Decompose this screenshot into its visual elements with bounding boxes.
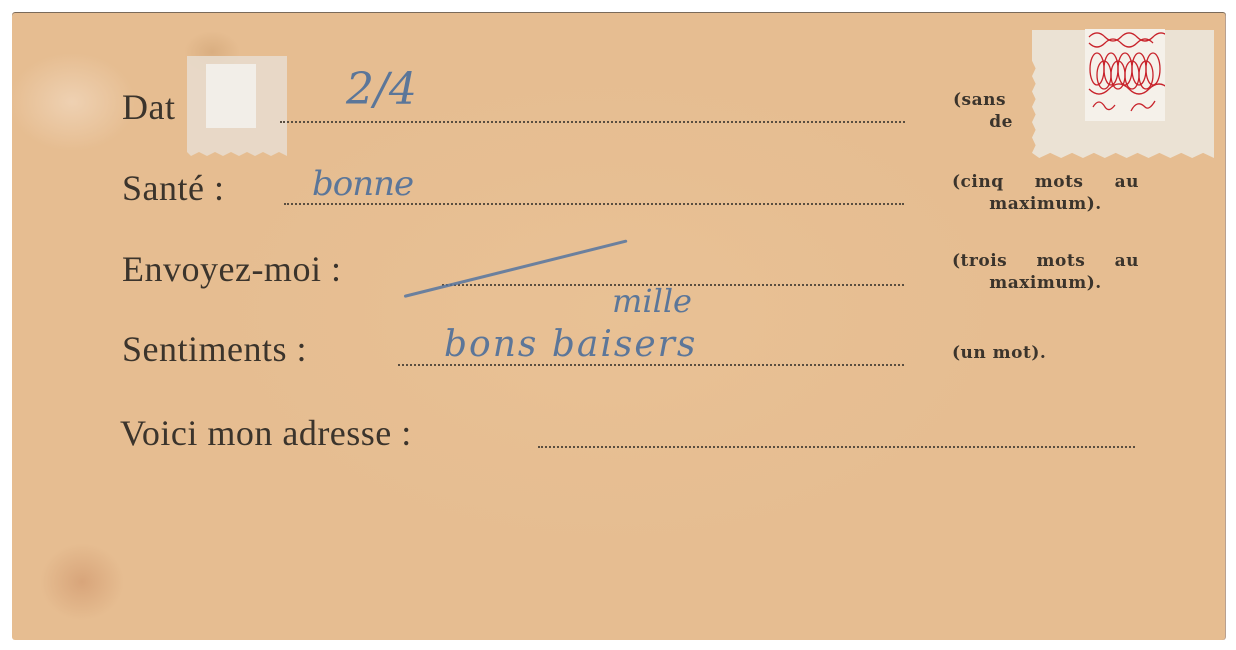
field-note-envoyez-moi: (trois mots au maximum).	[952, 250, 1139, 294]
handwritten-date: 2/4	[346, 64, 417, 115]
postcard: Dat 2/4 (sans de Santé : bonne (cinq mot…	[12, 12, 1226, 640]
red-guilloche-stamp-icon	[1085, 29, 1165, 121]
field-note-sentiments: (un mot).	[952, 342, 1046, 364]
field-note-date: (sans de	[953, 89, 1013, 133]
field-label-date: Dat	[122, 86, 175, 128]
note-line: (trois mots au	[952, 250, 1139, 272]
note-line: (sans	[953, 89, 1013, 111]
field-label-adresse: Voici mon adresse :	[120, 412, 412, 454]
field-line-date[interactable]	[280, 121, 905, 123]
field-note-sante: (cinq mots au maximum).	[952, 171, 1139, 215]
handwritten-sentiments: bons baisers	[444, 324, 697, 365]
note-line: (cinq mots au	[952, 171, 1139, 193]
stamp-paper-patch	[206, 64, 256, 128]
handwritten-sentiments-above: mille	[612, 282, 692, 320]
handwritten-sante: bonne	[312, 164, 413, 204]
field-label-envoyez-moi: Envoyez-moi :	[122, 248, 341, 290]
note-line: (un mot).	[952, 342, 1046, 364]
note-line: maximum).	[952, 193, 1139, 215]
field-line-adresse[interactable]	[538, 446, 1135, 448]
note-line: maximum).	[952, 272, 1139, 294]
field-label-sentiments: Sentiments :	[122, 328, 307, 370]
handwritten-dash-stroke	[404, 239, 628, 298]
field-label-sante: Santé :	[122, 167, 224, 209]
note-line: de	[953, 111, 1013, 133]
